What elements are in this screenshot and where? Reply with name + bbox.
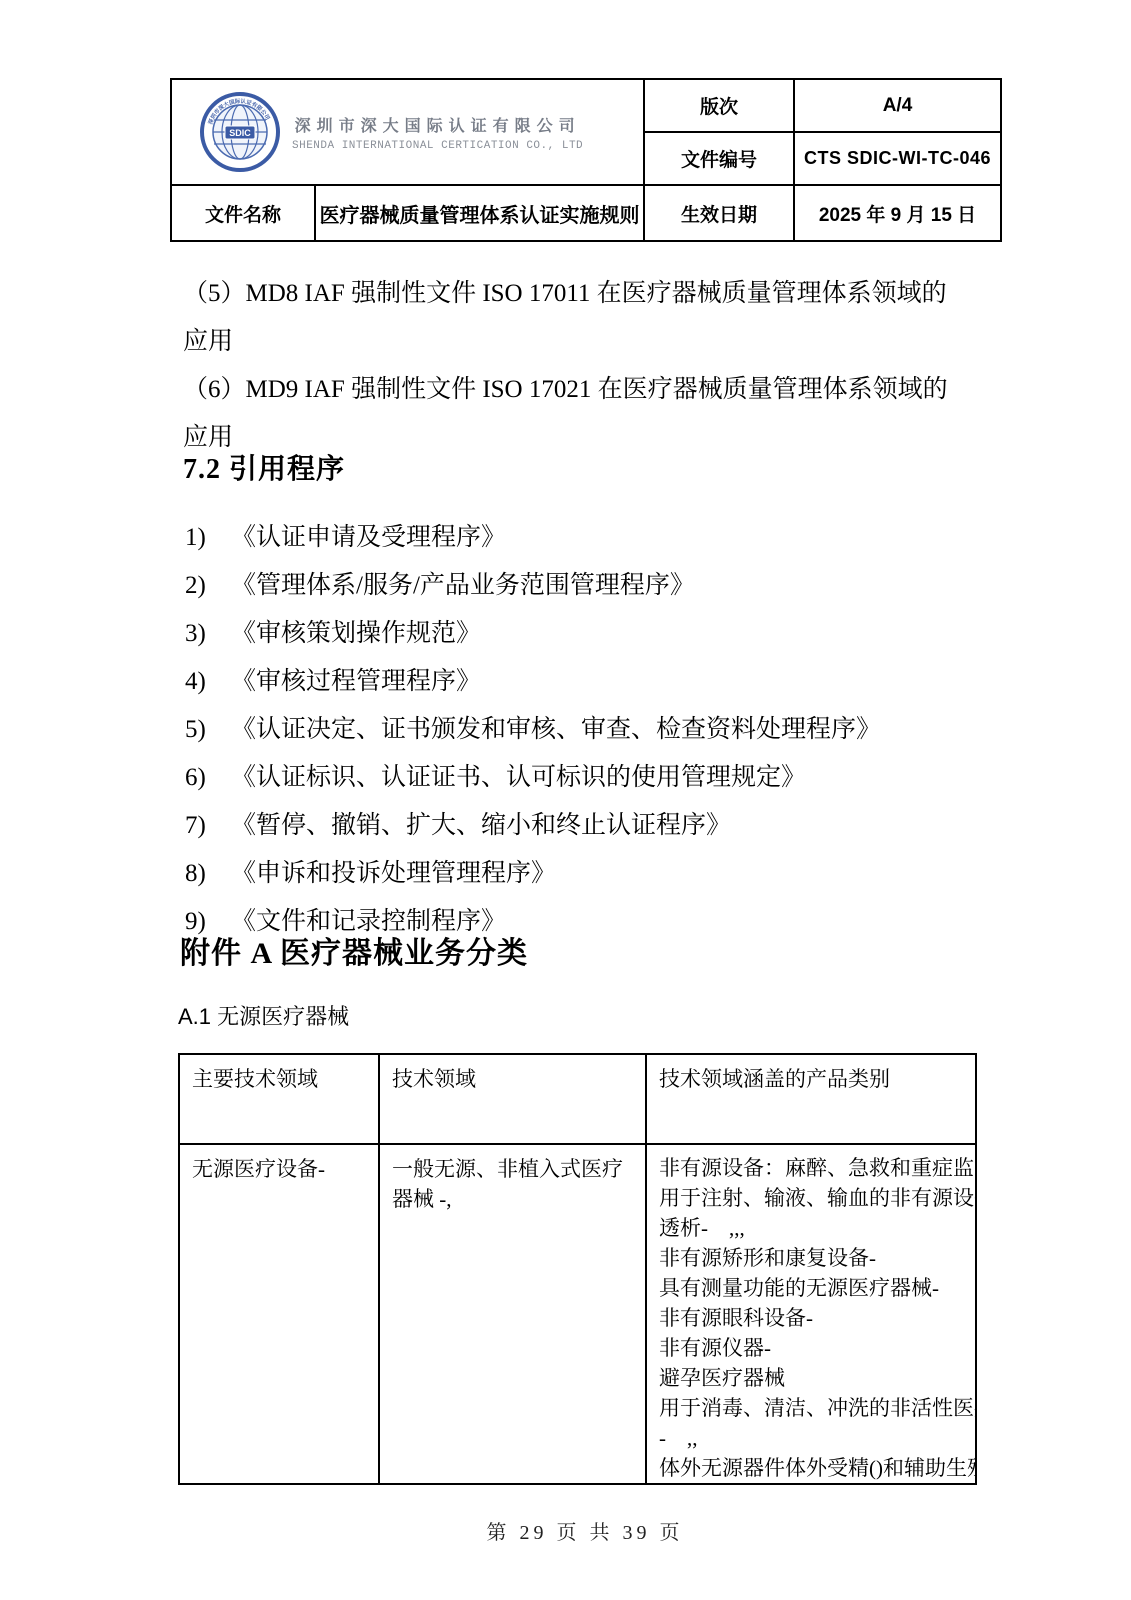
list-item-number: 3): [185, 610, 231, 658]
list-item-number: 6): [185, 754, 231, 802]
logo-sdic-text: SDIC: [229, 128, 251, 138]
annex-classification-table: 主要技术领域 技术领域 技术领域涵盖的产品类别 无源医疗设备- 一般无源、非植入…: [178, 1053, 977, 1485]
company-identity-cell: 深圳市深大国际认证有限公司 SDIC 深圳市深大国际认证有限公司 SHENDA …: [171, 79, 644, 185]
product-line: 非有源仪器-: [659, 1333, 967, 1363]
product-line: 用于注射、输液、输血的非有源设备，和: [659, 1183, 967, 1213]
company-logo-icon: 深圳市深大国际认证有限公司 SDIC: [198, 90, 282, 174]
list-item-number: 1): [185, 514, 231, 562]
product-line: 避孕医疗器械: [659, 1363, 967, 1393]
list-item: 2) 《管理体系/服务/产品业务范围管理程序》: [185, 562, 1005, 610]
list-item-text: 《认证决定、证书颁发和审核、审查、检查资料处理程序》: [231, 706, 881, 754]
product-line: 用于消毒、清洁、冲洗的非活性医疗器械: [659, 1393, 967, 1423]
version-label: 版次: [644, 79, 794, 132]
list-item-number: 8): [185, 850, 231, 898]
product-line: 非有源设备：麻醉、急救和重症监护- ,,: [659, 1153, 967, 1183]
column-header-tech-area: 技术领域: [379, 1054, 646, 1144]
list-item-text: 《审核策划操作规范》: [231, 610, 481, 658]
product-line: 非有源矫形和康复设备-: [659, 1243, 967, 1273]
effective-date-value: 2025 年 9 月 15 日: [794, 185, 1001, 241]
list-item: 8) 《申诉和投诉处理管理程序》: [185, 850, 1005, 898]
list-item-number: 7): [185, 802, 231, 850]
document-page: 深圳市深大国际认证有限公司 SDIC 深圳市深大国际认证有限公司 SHENDA …: [0, 0, 1131, 1600]
list-item-number: 4): [185, 658, 231, 706]
doc-number-value: CTS SDIC-WI-TC-046: [794, 132, 1001, 185]
list-item: 4) 《审核过程管理程序》: [185, 658, 1005, 706]
doc-number-label: 文件编号: [644, 132, 794, 185]
page-number-footer: 第 29 页 共 39 页: [170, 1516, 1000, 1545]
product-line: 具有测量功能的无源医疗器械-: [659, 1273, 967, 1303]
list-item-text: 《管理体系/服务/产品业务范围管理程序》: [231, 562, 695, 610]
list-item-text: 《审核过程管理程序》: [231, 658, 481, 706]
company-name-en: SHENDA INTERNATIONAL CERTICATION CO., LT…: [292, 140, 583, 152]
table-row: 无源医疗设备- 一般无源、非植入式医疗器械 -, 非有源设备：麻醉、急救和重症监…: [179, 1144, 976, 1484]
paragraph-item-6-line1: （6）MD9 IAF 强制性文件 ISO 17021 在医疗器械质量管理体系领域…: [183, 366, 1003, 414]
document-header-table: 深圳市深大国际认证有限公司 SDIC 深圳市深大国际认证有限公司 SHENDA …: [170, 78, 1002, 242]
list-item-text: 《认证申请及受理程序》: [231, 514, 506, 562]
paragraph-item-5-line1: （5）MD8 IAF 强制性文件 ISO 17011 在医疗器械质量管理体系领域…: [183, 270, 1003, 318]
effective-date-label: 生效日期: [644, 185, 794, 241]
reference-procedure-list: 1) 《认证申请及受理程序》 2) 《管理体系/服务/产品业务范围管理程序》 3…: [185, 514, 1005, 946]
product-line: 体外无源器件体外受精()和辅助生殖技: [659, 1453, 967, 1483]
doc-name-label: 文件名称: [171, 185, 315, 241]
cell-primary-area: 无源医疗设备-: [179, 1144, 379, 1484]
list-item: 6) 《认证标识、认证证书、认可标识的使用管理规定》: [185, 754, 1005, 802]
list-item: 1) 《认证申请及受理程序》: [185, 514, 1005, 562]
list-item-number: 2): [185, 562, 231, 610]
cell-tech-area: 一般无源、非植入式医疗器械 -,: [379, 1144, 646, 1484]
list-item-text: 《申诉和投诉处理管理程序》: [231, 850, 556, 898]
product-line: - ,,: [659, 1423, 967, 1453]
list-item: 3) 《审核策划操作规范》: [185, 610, 1005, 658]
body-paragraphs: （5）MD8 IAF 强制性文件 ISO 17011 在医疗器械质量管理体系领域…: [183, 270, 1003, 462]
list-item: 7) 《暂停、撤销、扩大、缩小和终止认证程序》: [185, 802, 1005, 850]
company-name-cn: 深圳市深大国际认证有限公司: [292, 113, 583, 136]
list-item: 5) 《认证决定、证书颁发和审核、审查、检查资料处理程序》: [185, 706, 1005, 754]
column-header-primary-area: 主要技术领域: [179, 1054, 379, 1144]
section-7-2-heading: 7.2 引用程序: [183, 447, 345, 487]
product-line: 透析- ,,,: [659, 1213, 967, 1243]
annex-a1-subheading: A.1 无源医疗器械: [178, 1000, 349, 1031]
version-value: A/4: [794, 79, 1001, 132]
annex-a-heading: 附件 A 医疗器械业务分类: [180, 928, 528, 972]
doc-name-value: 医疗器械质量管理体系认证实施规则: [315, 185, 644, 241]
cell-product-categories: 非有源设备：麻醉、急救和重症监护- ,, 用于注射、输液、输血的非有源设备，和 …: [646, 1144, 976, 1484]
list-item-text: 《暂停、撤销、扩大、缩小和终止认证程序》: [231, 802, 731, 850]
paragraph-item-5-line2: 应用: [183, 318, 1003, 366]
list-item-number: 5): [185, 706, 231, 754]
product-line: 非有源眼科设备-: [659, 1303, 967, 1333]
list-item-text: 《认证标识、认证证书、认可标识的使用管理规定》: [231, 754, 806, 802]
column-header-product-category: 技术领域涵盖的产品类别: [646, 1054, 976, 1144]
